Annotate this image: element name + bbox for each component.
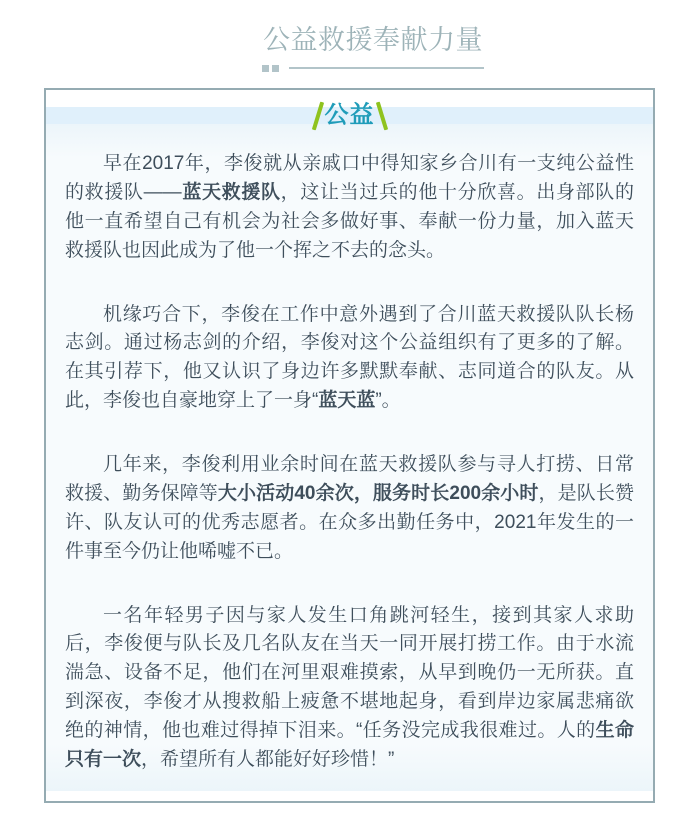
title-block: 公益救援奉献力量 <box>262 18 484 72</box>
badge-stripe: 公益 <box>46 107 653 124</box>
highlight-text: 大小活动40余次，服务时长200余小时 <box>218 483 539 504</box>
badge-label: 公益 <box>325 104 375 128</box>
title-underline <box>262 64 484 72</box>
article-body: 早在2017年，李俊就从亲戚口中得知家乡合川有一支纯公益性的救援队——蓝天救援队… <box>46 124 653 791</box>
page-title: 公益救援奉献力量 <box>262 18 484 57</box>
highlight-text: 蓝天救援队 <box>182 182 281 203</box>
page-header: 公益救援奉献力量 <box>0 0 678 72</box>
slash-right-icon <box>375 101 387 130</box>
underline-rule <box>289 67 484 69</box>
underline-square-icon <box>272 65 279 72</box>
body-text: ，希望所有人都能好好珍惜！” <box>141 749 394 770</box>
body-text: 一名年轻男子因与家人发生口角跳河轻生，接到其家人求助后，李俊便与队长及几名队友在… <box>65 605 634 742</box>
paragraph: 一名年轻男子因与家人发生口角跳河轻生，接到其家人求助后，李俊便与队长及几名队友在… <box>65 602 634 775</box>
body-text: ”。 <box>375 390 400 411</box>
paragraph: 几年来，李俊利用业余时间在蓝天救援队参与寻人打捞、日常救援、勤务保障等大小活动4… <box>65 451 634 567</box>
highlight-text: 蓝天蓝 <box>318 390 375 411</box>
underline-square-icon <box>262 65 269 72</box>
paragraph: 机缘巧合下，李俊在工作中意外遇到了合川蓝天救援队队长杨志剑。通过杨志剑的介绍，李… <box>65 301 634 417</box>
section-badge: 公益 <box>316 101 384 130</box>
content-card: 公益 早在2017年，李俊就从亲戚口中得知家乡合川有一支纯公益性的救援队——蓝天… <box>44 88 655 803</box>
paragraph: 早在2017年，李俊就从亲戚口中得知家乡合川有一支纯公益性的救援队——蓝天救援队… <box>65 150 634 266</box>
slash-left-icon <box>311 101 323 130</box>
